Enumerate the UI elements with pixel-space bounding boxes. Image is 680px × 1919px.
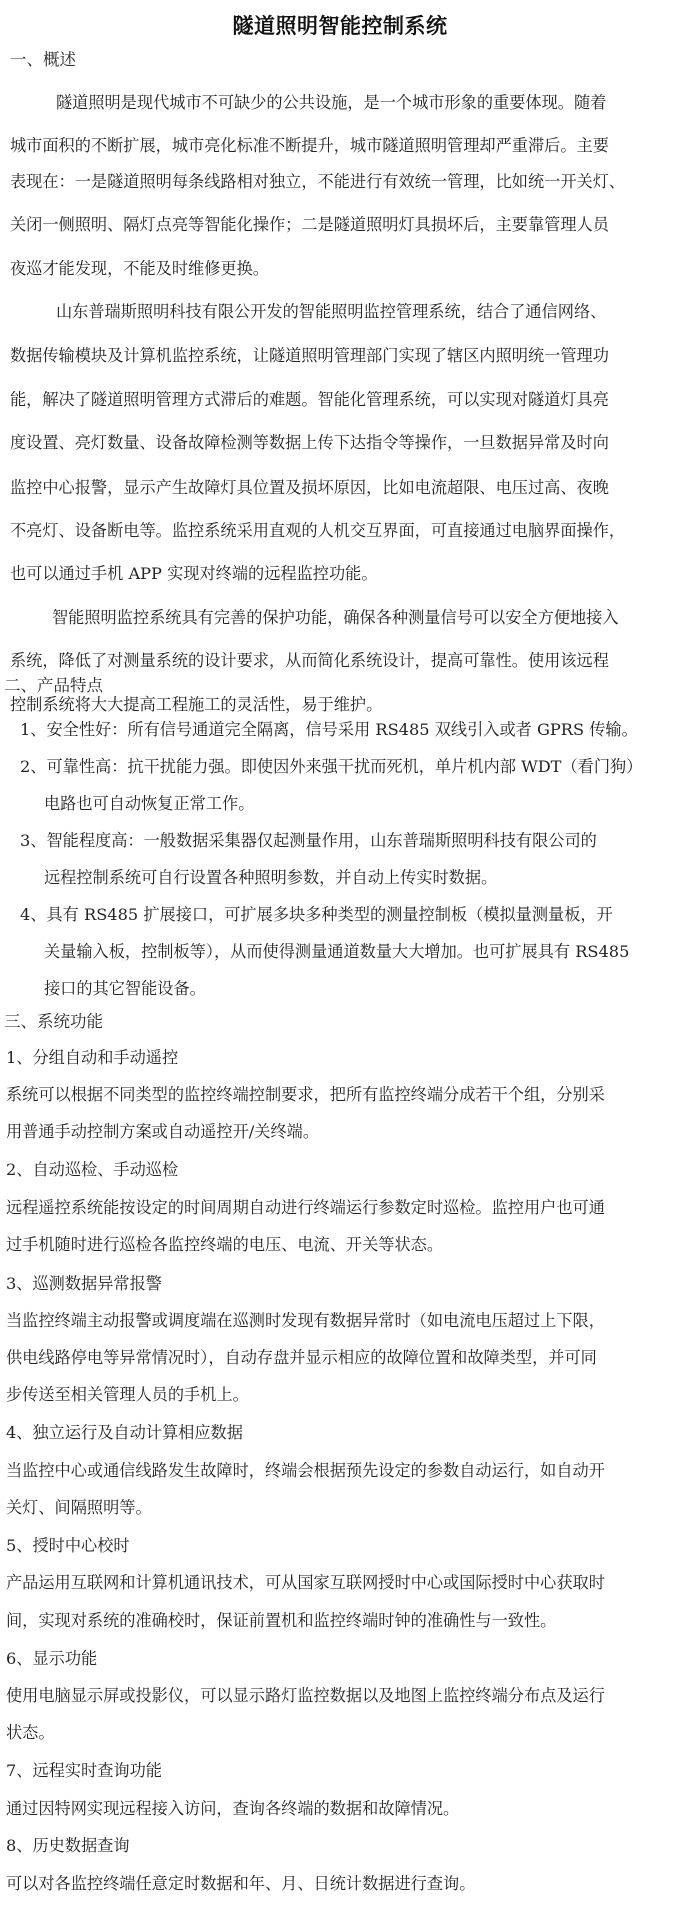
- function-title: 8、历史数据查询: [6, 1836, 130, 1856]
- function-line: 远程遥控系统能按设定的时间周期自动进行终端运行参数定时巡检。监控用户也可通: [6, 1198, 605, 1218]
- function-title: 5、授时中心校时: [6, 1536, 130, 1556]
- section-heading-features: 二、产品特点: [4, 676, 103, 696]
- function-line: 步传送至相关管理人员的手机上。: [6, 1385, 249, 1405]
- paragraph-line: 监控中心报警，显示产生故障灯具位置及损坏原因，比如电流超限、电压过高、夜晚: [10, 478, 609, 498]
- feature-item-line: 关量输入板，控制板等），从而使得测量通道数量大大增加。也可扩展具有 RS485: [44, 942, 629, 962]
- document-page: 隧道照明智能控制系统 一、概述 隧道照明是现代城市不可缺少的公共设施，是一个城市…: [0, 0, 680, 1919]
- section-heading-functions: 三、系统功能: [4, 1012, 103, 1032]
- paragraph-line: 关闭一侧照明、隔灯点亮等智能化操作；二是隧道照明灯具损坏后，主要靠管理人员: [10, 215, 609, 235]
- function-line: 当监控终端主动报警或调度端在巡测时发现有数据异常时（如电流电压超过上下限，: [6, 1311, 605, 1331]
- function-title: 1、分组自动和手动遥控: [6, 1048, 178, 1068]
- paragraph-line: 系统，降低了对测量系统的设计要求，从而简化系统设计，提高可靠性。使用该远程: [10, 651, 609, 671]
- feature-item-line: 1、安全性好：所有信号通道完全隔离，信号采用 RS485 双线引入或者 GPRS…: [20, 720, 638, 740]
- paragraph-line: 数据传输模块及计算机监控系统，让隧道照明管理部门实现了辖区内照明统一管理功: [10, 346, 609, 366]
- paragraph-line: 不亮灯、设备断电等。监控系统采用直观的人机交互界面，可直接通过电脑界面操作，: [10, 521, 625, 541]
- function-line: 可以对各监控终端任意定时数据和年、月、日统计数据进行查询。: [6, 1874, 475, 1894]
- function-title: 4、独立运行及自动计算相应数据: [6, 1423, 243, 1443]
- function-title: 2、自动巡检、手动巡检: [6, 1160, 178, 1180]
- paragraph-line: 能，解决了隧道照明管理方式滞后的难题。智能化管理系统，可以实现对隧道灯具亮: [10, 390, 609, 410]
- document-title: 隧道照明智能控制系统: [0, 10, 680, 40]
- function-title: 3、巡测数据异常报警: [6, 1274, 162, 1294]
- paragraph-line: 也可以通过手机 APP 实现对终端的远程监控功能。: [10, 564, 378, 584]
- function-title: 6、显示功能: [6, 1649, 97, 1669]
- feature-item-line: 4、具有 RS485 扩展接口，可扩展多块多种类型的测量控制板（模拟量测量板，开: [20, 905, 613, 925]
- paragraph-line: 隧道照明是现代城市不可缺少的公共设施，是一个城市形象的重要体现。随着: [56, 93, 606, 113]
- function-line: 关灯、间隔照明等。: [6, 1498, 152, 1518]
- feature-item-line: 远程控制系统可自行设置各种照明参数，并自动上传实时数据。: [44, 868, 497, 888]
- function-line: 供电线路停电等异常情况时），自动存盘并显示相应的故障位置和故障类型，并可同: [6, 1348, 597, 1368]
- function-title: 7、远程实时查询功能: [6, 1761, 162, 1781]
- section-heading-overview: 一、概述: [10, 50, 76, 70]
- feature-item-line: 2、可靠性高：抗干扰能力强。即使因外来强干扰而死机，单片机内部 WDT（看门狗）: [20, 757, 642, 777]
- function-line: 通过因特网实现远程接入访问，查询各终端的数据和故障情况。: [6, 1799, 459, 1819]
- paragraph-line: 表现在：一是隧道照明每条线路相对独立，不能进行有效统一管理，比如统一开关灯、: [10, 172, 625, 192]
- function-line: 产品运用互联网和计算机通讯技术，可从国家互联网授时中心或国际授时中心获取时: [6, 1573, 605, 1593]
- paragraph-line: 度设置、亮灯数量、设备故障检测等数据上传下达指令等操作，一旦数据异常及时向: [10, 433, 609, 453]
- function-line: 间，实现对系统的准确校时，保证前置机和监控终端时钟的准确性与一致性。: [6, 1611, 556, 1631]
- feature-item-line: 接口的其它智能设备。: [44, 979, 206, 999]
- paragraph-line: 山东普瑞斯照明科技有限公开发的智能照明监控管理系统，结合了通信网络、: [56, 302, 606, 322]
- feature-item-line: 电路也可自动恢复正常工作。: [44, 794, 254, 814]
- function-line: 当监控中心或通信线路发生故障时，终端会根据预先设定的参数自动运行，如自动开: [6, 1461, 605, 1481]
- function-line: 过手机随时进行巡检各监控终端的电压、电流、开关等状态。: [6, 1235, 443, 1255]
- feature-item-line: 3、智能程度高：一般数据采集器仅起测量作用，山东普瑞斯照明科技有限公司的: [20, 831, 597, 851]
- function-line: 用普通手动控制方案或自动遥控开/关终端。: [6, 1122, 319, 1142]
- paragraph-line: 城市面积的不断扩展，城市亮化标准不断提升，城市隧道照明管理却严重滞后。主要: [10, 136, 609, 156]
- paragraph-line: 控制系统将大大提高工程施工的灵活性，易于维护。: [10, 695, 382, 715]
- paragraph-line: 智能照明监控系统具有完善的保护功能，确保各种测量信号可以安全方便地接入: [52, 608, 619, 628]
- function-line: 系统可以根据不同类型的监控终端控制要求，把所有监控终端分成若干个组，分别采: [6, 1085, 605, 1105]
- function-line: 状态。: [6, 1723, 55, 1743]
- function-line: 使用电脑显示屏或投影仪，可以显示路灯监控数据以及地图上监控终端分布点及运行: [6, 1686, 605, 1706]
- paragraph-line: 夜巡才能发现，不能及时维修更换。: [10, 259, 269, 279]
